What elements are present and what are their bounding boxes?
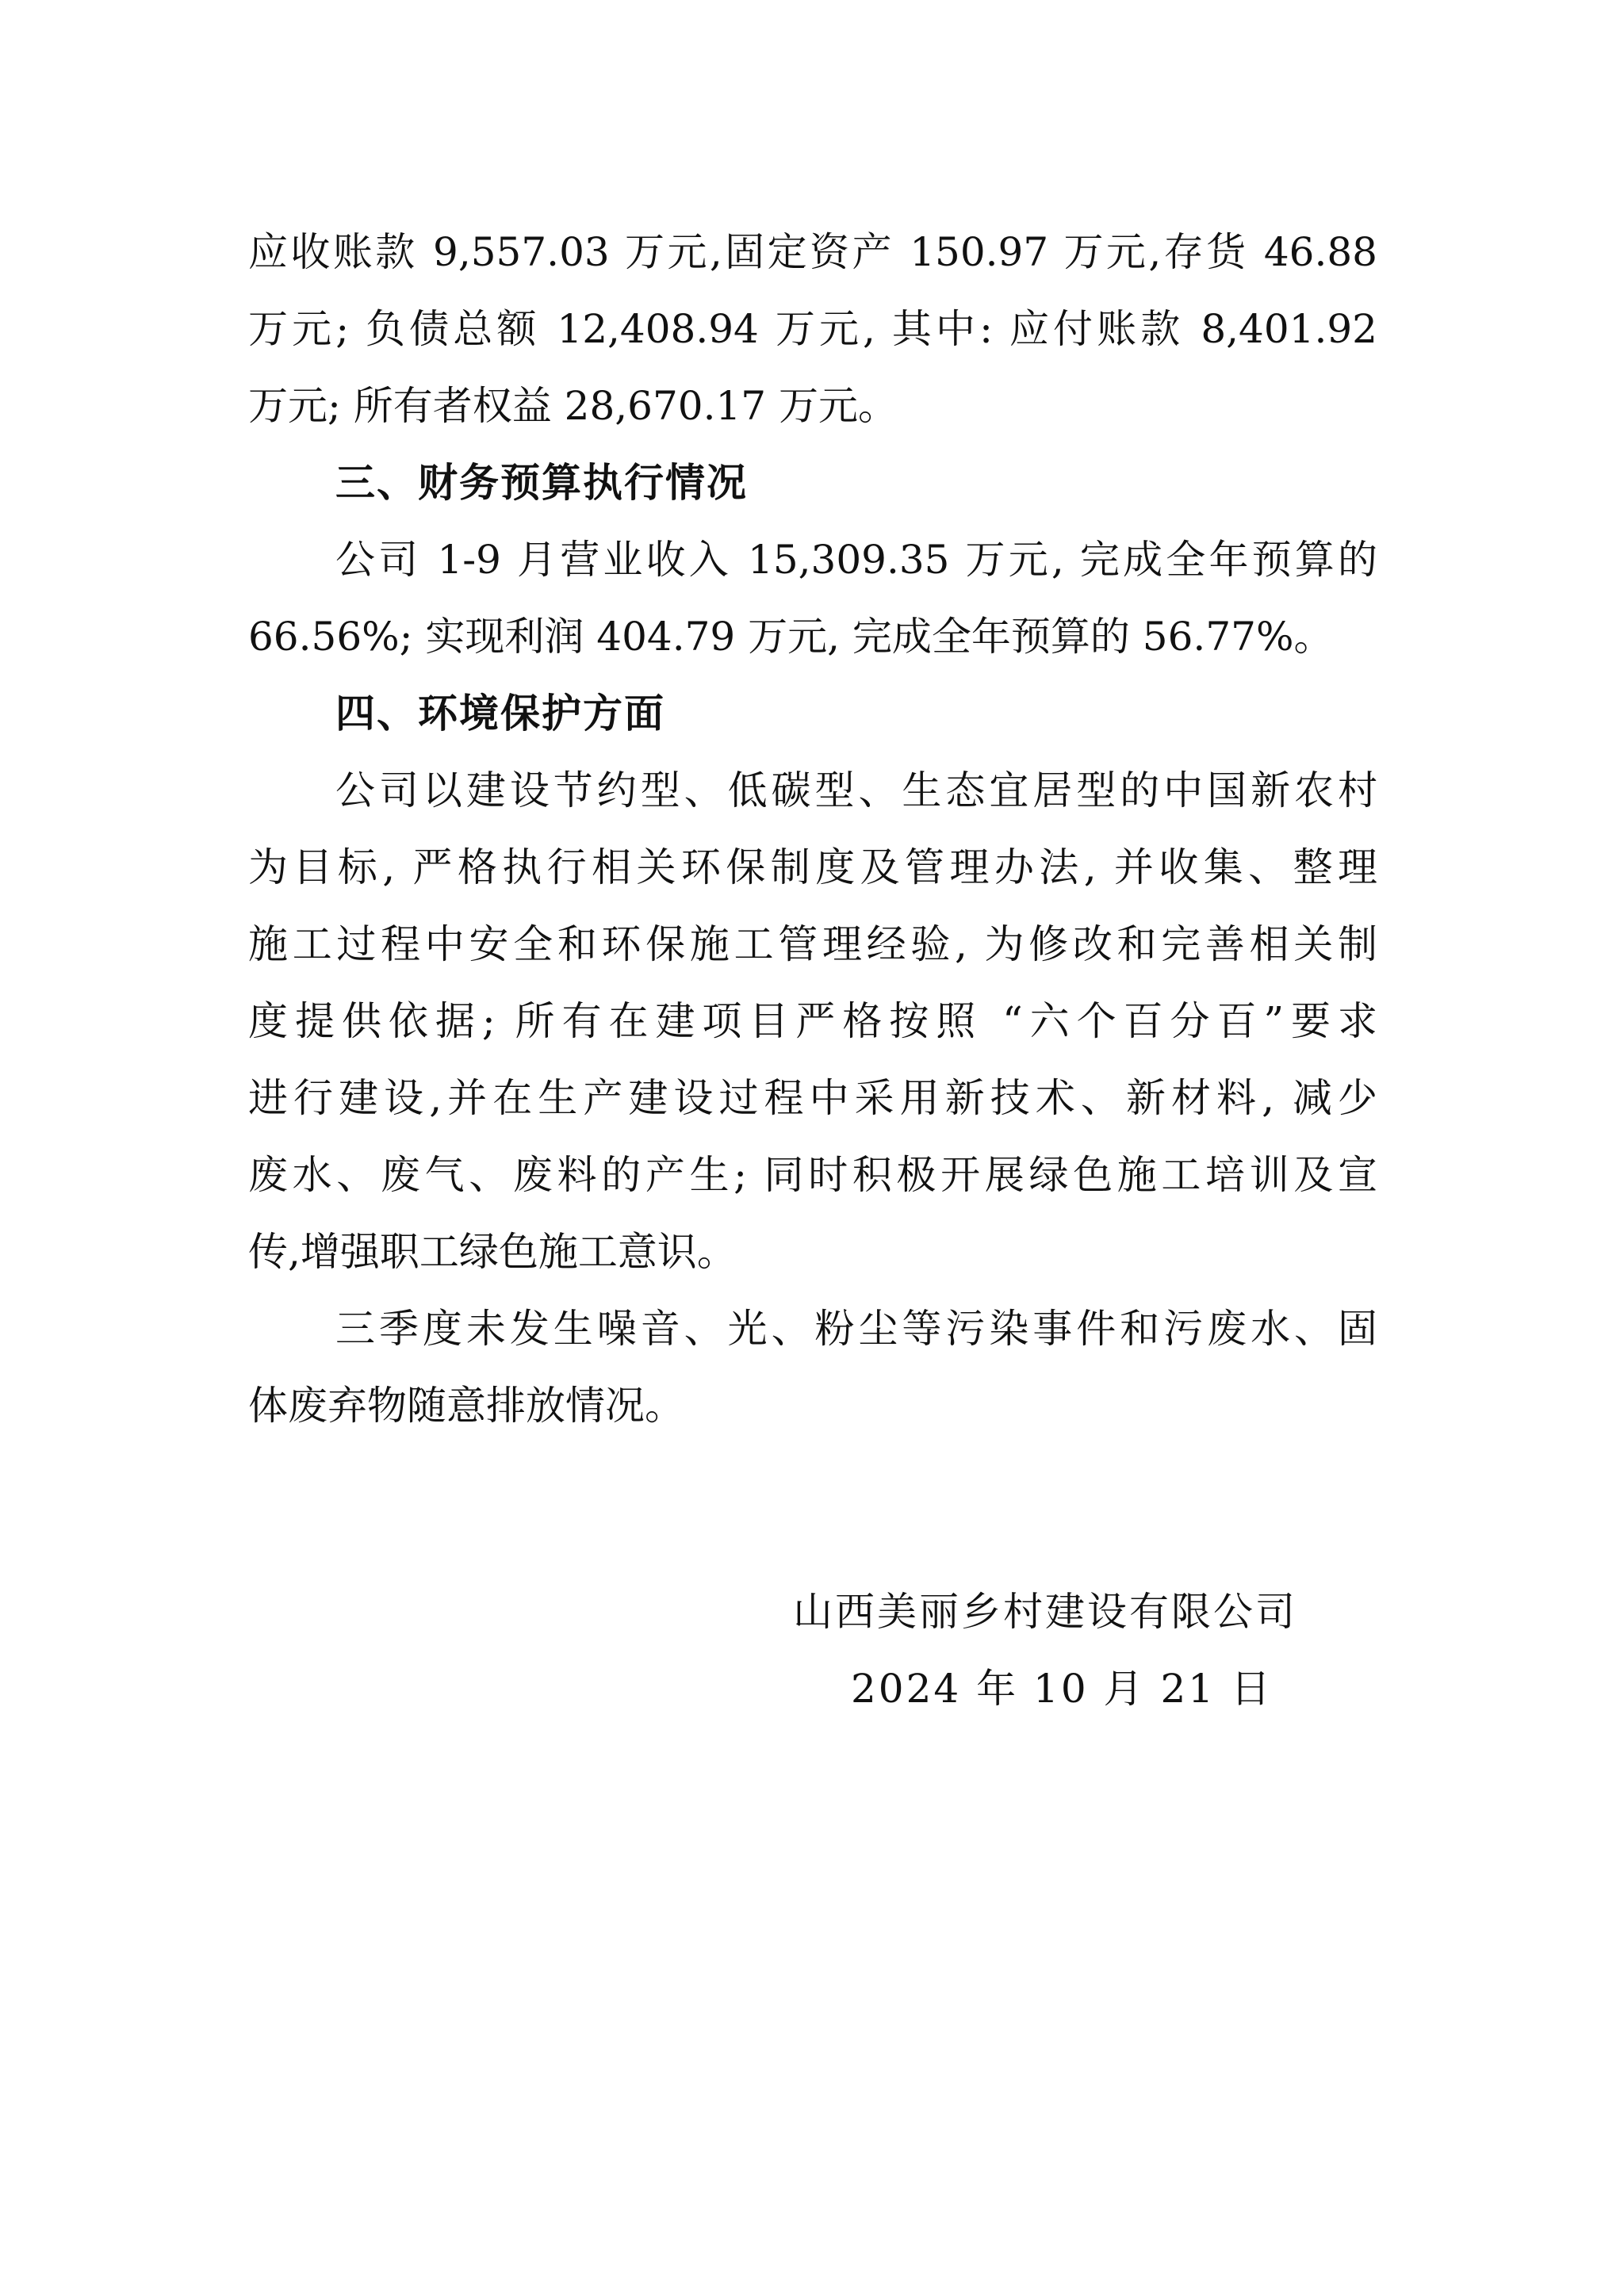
body-text-line: 为目标, 严格执行相关环保制度及管理办法, 并收集、整理 [248, 829, 1377, 906]
body-text-line: 三季度未发生噪音、光、粉尘等污染事件和污废水、固 [248, 1291, 1377, 1368]
body-text-line: 公司以建设节约型、低碳型、生态宜居型的中国新农村 [248, 752, 1377, 829]
signature-date: 2024 年 10 月 21 日 [851, 1651, 1273, 1728]
body-text-line: 体废弃物随意排放情况。 [248, 1368, 1377, 1445]
section-heading-environmental-protection: 四、环境保护方面 [248, 675, 1377, 752]
section-heading-budget-execution: 三、财务预算执行情况 [248, 445, 1377, 522]
body-text-line: 66.56%; 实现利润 404.79 万元, 完成全年预算的 56.77%。 [248, 599, 1377, 675]
body-text-line: 施工过程中安全和环保施工管理经验, 为修改和完善相关制 [248, 906, 1377, 983]
body-text-line: 应收账款 9,557.03 万元,固定资产 150.97 万元,存货 46.88 [248, 214, 1377, 291]
body-text-line: 废水、废气、废料的产生; 同时积极开展绿色施工培训及宣 [248, 1137, 1377, 1214]
body-text-line: 万元; 负债总额 12,408.94 万元, 其中: 应付账款 8,401.92 [248, 291, 1377, 368]
body-text-line: 传,增强职工绿色施工意识。 [248, 1214, 1377, 1291]
body-text-line: 进行建设,并在生产建设过程中采用新技术、新材料, 减少 [248, 1060, 1377, 1137]
body-text-line: 度提供依据; 所有在建项目严格按照 “六个百分百”要求 [248, 983, 1377, 1060]
document-body: 应收账款 9,557.03 万元,固定资产 150.97 万元,存货 46.88… [248, 214, 1377, 1445]
body-text-line: 万元; 所有者权益 28,670.17 万元。 [248, 368, 1377, 445]
body-text-line: 公司 1-9 月营业收入 15,309.35 万元, 完成全年预算的 [248, 522, 1377, 599]
signature-company: 山西美丽乡村建设有限公司 [793, 1574, 1297, 1651]
